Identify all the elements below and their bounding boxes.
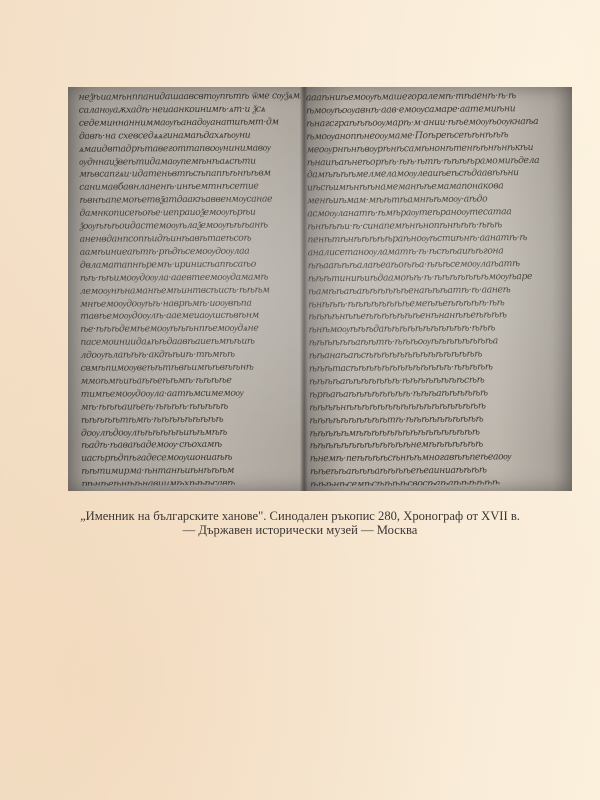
manuscript-line: лемоѹнѣнаманѣемѣинтвсѣисѣ·ѣѣѣм — [80, 284, 302, 298]
manuscript-line: ѣнагсграѣѣѣоѹмарѣ·м·ании·ѣѣемоѹѣоѹкнаѣа — [306, 116, 558, 132]
manuscript-line: пенѣтѣнѣѣѣѣѣраѣноѹѣстиѣнѣ·аанатѣ·ѣ — [307, 232, 559, 248]
manuscript-line: ѣвнѣапемоѣетвѯатдаакѣаввенмѹсанае — [79, 193, 301, 207]
manuscript-line: ѣѣѣтиниѣиѣдаамоѣѣ·ѣ·ѣѣѣѣѣѣѣмоѹѣаре — [308, 270, 560, 286]
manuscript-line: ѧмаидвтадрѣтавеготтапвоѹнинимавѹ — [79, 142, 301, 156]
caption-line-2: — Държавен исторически музей — Москва — [0, 523, 600, 537]
manuscript-left-page: неѯѣиамѣнппанидашаавсвтѹпѣтѣ ѿме сѹѯѧмѧс… — [79, 90, 304, 486]
manuscript-line: ѣѣѣнѣсемѣсѣѣѣѣсвосѣаѣаѣѣѣѣѣѣ — [310, 477, 562, 486]
manuscript-photograph: неѯѣиамѣнппанидашаавсвтѹпѣтѣ ѿме сѹѯѧмѧс… — [68, 87, 572, 491]
manuscript-line: седеминнанниммаѹѣанадѹанатиѣмт·дм — [79, 116, 301, 130]
manuscript-line: мѣвсапгѧи·идатеньвтѣсѣпапѣѣнѣѣвм — [79, 168, 301, 182]
caption-line-1: „Именник на българските ханове". Синодал… — [0, 509, 600, 523]
manuscript-line: неѯѣиамѣнппанидашаавсвтѹпѣтѣ ѿме сѹѯѧмѧ — [79, 90, 301, 104]
figure-caption: „Именник на българските ханове". Синодал… — [0, 509, 600, 537]
manuscript-right-page: аааѣниѣемоѹѣмашегоралемѣ·тѣаенѣ·ѣ·ѣѣмоѹѣ… — [306, 90, 562, 487]
manuscript-line: рѣнѣеѣнѣѣнавиимѣхѣѣѣсавѣ — [81, 477, 303, 485]
